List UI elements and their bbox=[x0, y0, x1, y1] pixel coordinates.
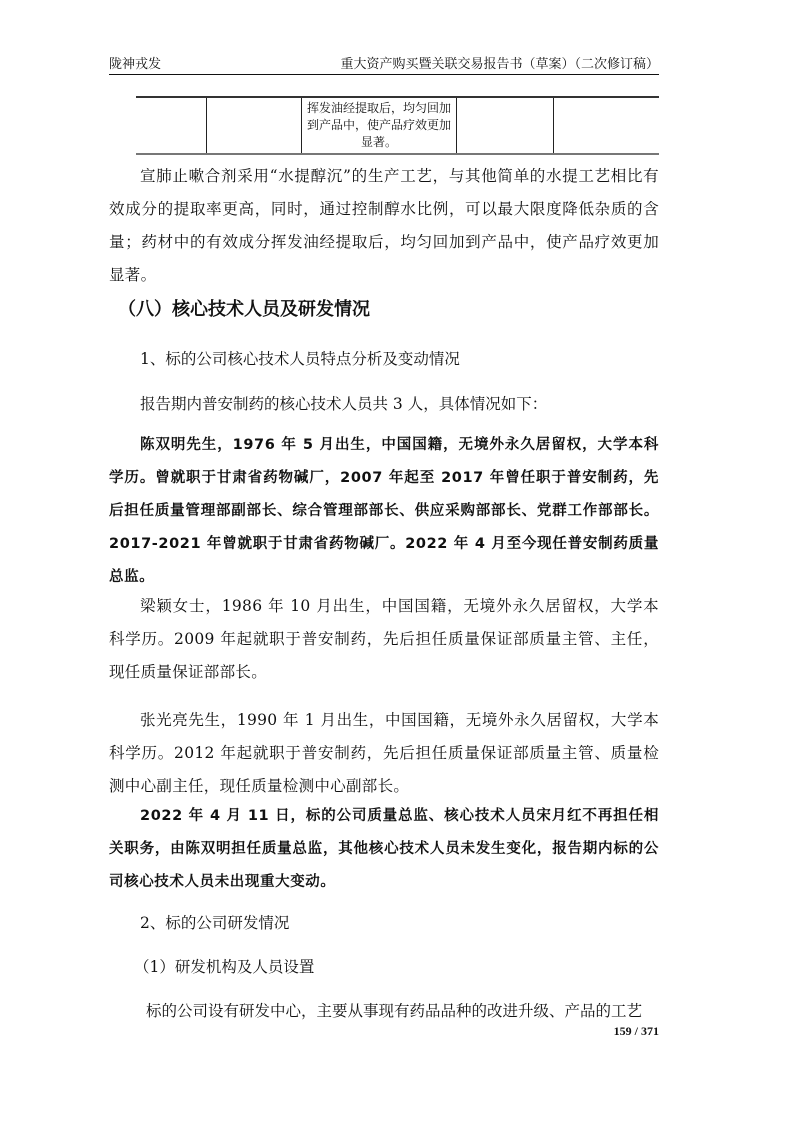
subheading-2-1: （1）研发机构及人员设置 bbox=[134, 956, 314, 978]
person-zhang-paragraph: 张光亮先生，1990 年 1 月出生，中国国籍，无境外永久居留权，大学本科学历。… bbox=[109, 704, 659, 803]
table-cell bbox=[207, 97, 302, 154]
person-liang-paragraph: 梁颖女士，1986 年 10 月出生，中国国籍，无境外永久居留权，大学本科学历。… bbox=[109, 590, 659, 689]
page-header: 陇神戎发 重大资产购买暨关联交易报告书（草案）（二次修订稿） bbox=[109, 57, 659, 75]
process-paragraph: 宣肺止嗽合剂采用“水提醇沉”的生产工艺，与其他简单的水提工艺相比有效成分的提取率… bbox=[109, 160, 659, 292]
table-cell bbox=[136, 97, 207, 154]
table-cell bbox=[554, 97, 660, 154]
header-document-title: 重大资产购买暨关联交易报告书（草案）（二次修订稿） bbox=[340, 57, 659, 73]
subheading-2: 2、标的公司研发情况 bbox=[140, 912, 289, 934]
header-company: 陇神戎发 bbox=[109, 57, 161, 73]
intro-line: 报告期内普安制药的核心技术人员共 3 人，具体情况如下： bbox=[140, 393, 547, 415]
table-row: 挥发油经提取后，均匀回加到产品中，使产品疗效更加显著。 bbox=[136, 97, 659, 154]
table-cell bbox=[457, 97, 554, 154]
subheading-1: 1、标的公司核心技术人员特点分析及变动情况 bbox=[140, 348, 460, 370]
change-note-paragraph: 2022 年 4 月 11 日，标的公司质量总监、核心技术人员宋月红不再担任相关… bbox=[109, 800, 659, 899]
continued-table: 挥发油经提取后，均匀回加到产品中，使产品疗效更加显著。 bbox=[136, 96, 659, 155]
page-number: 159 / 371 bbox=[614, 1024, 659, 1039]
table-cell: 挥发油经提取后，均匀回加到产品中，使产品疗效更加显著。 bbox=[302, 97, 457, 154]
rd-paragraph: 标的公司设有研发中心，主要从事现有药品品种的改进升级、产品的工艺 bbox=[146, 1000, 642, 1022]
section-heading: （八）核心技术人员及研发情况 bbox=[118, 298, 370, 322]
person-chen-paragraph: 陈双明先生，1976 年 5 月出生，中国国籍，无境外永久居留权，大学本科学历。… bbox=[109, 429, 659, 594]
